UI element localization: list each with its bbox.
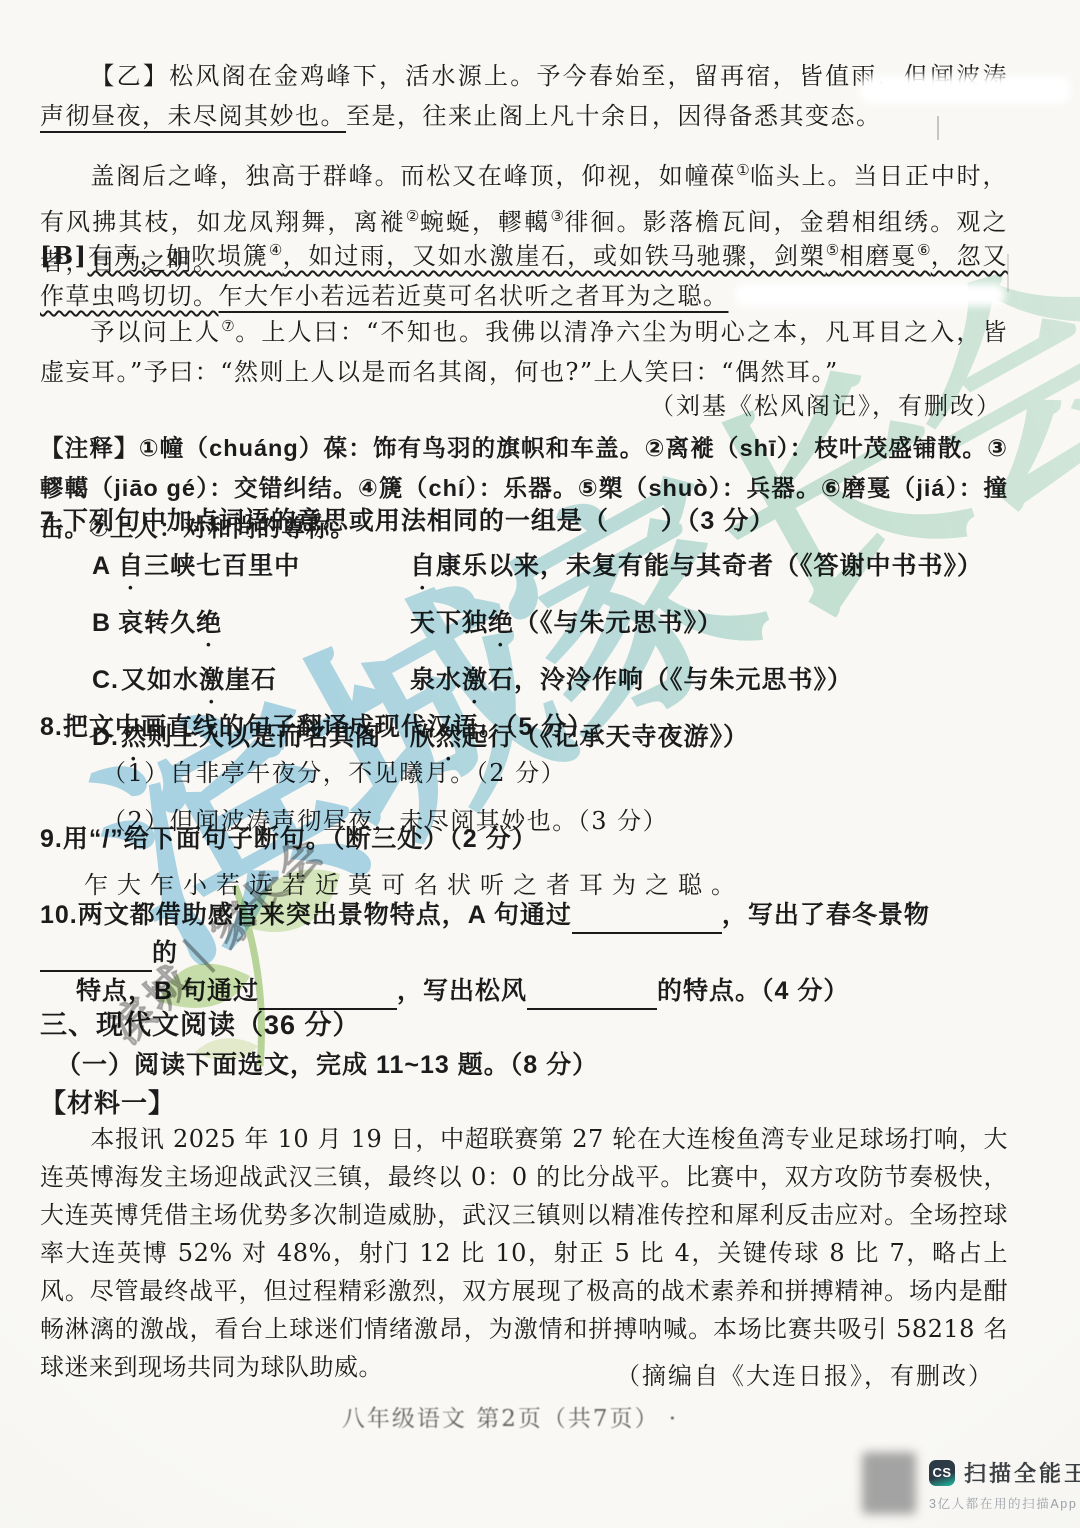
option-c-right: 泉水激石，泠泠作响（《与朱元思书》） [410, 665, 853, 709]
option-b-row: B哀转久绝 天下独绝（《与朱元思书》） [92, 608, 1008, 652]
option-c-left-post: 崖石 [225, 666, 277, 694]
option-b-right-pre: 天下独 [410, 609, 488, 637]
option-c-right-emphasis: 激 [462, 666, 488, 694]
option-c-left-emphasis: 激 [199, 666, 225, 694]
option-c-right-pre: 泉水 [410, 666, 462, 694]
answer-blank-2 [40, 946, 152, 972]
option-c-left-pre: 又如水 [121, 666, 199, 694]
scanned-exam-page: 【乙】松风阁在金鸡峰下，活水源上。予今春始至，留再宿，皆值雨，但闻波涛声彻昼夜，… [0, 0, 1080, 1528]
question-8-item-1: （1）自非亭午夜分，不见曦月。（2 分） [102, 756, 1008, 790]
question-10-text-6: 的特点。（4 分） [657, 977, 849, 1005]
blurred-watermark-box [862, 1452, 916, 1514]
passage-yi-text-2: 至是，往来止阁上凡十余日，因得备悉其变态。 [346, 102, 882, 130]
question-8: 8.把文中画直线的句子翻译成现代汉语。（5 分） （1）自非亭午夜分，不见曦月。… [40, 710, 1008, 838]
question-9: 9.用“/”给下面句子断句。（断三处）（2 分） 乍大乍小若远若近莫可名状听之者… [40, 822, 1008, 902]
section-3-title: 三、现代文阅读（36 分） [40, 1008, 1008, 1042]
note-ref-5: ⑤ [826, 241, 840, 259]
question-10-text-3: 的 [152, 939, 178, 967]
question-10-line-1: 10.两文都借助感官来突出景物特点，A 句通过，写出了春冬景物的 [40, 896, 1008, 972]
scan-line-artifact-2 [1007, 254, 1009, 292]
note-ref-4: ④ [269, 241, 283, 259]
sentence-b-seg1: 有声，如吹埙篪 [88, 242, 269, 270]
option-b-left-emphasis: 绝 [196, 609, 222, 637]
question-9-stem: 9.用“/”给下面句子断句。（断三处）（2 分） [40, 822, 1008, 856]
option-b-right-post: （《与朱元思书》） [514, 609, 723, 637]
question-10-text-1: 10.两文都借助感官来突出景物特点，A 句通过 [40, 901, 572, 929]
option-a-left-post: 三峡七百里中 [144, 552, 300, 580]
passage-yi-text: 【乙】松风阁在金鸡峰下，活水源上。予今春始至，留再宿，皆值雨， [90, 62, 903, 90]
attribution-dalian-daily: （摘编自《大连日报》，有删改） [40, 1356, 1008, 1391]
scan-line-artifact [937, 116, 939, 140]
note-ref-6: ⑥ [917, 241, 931, 259]
note-ref-7: ⑦ [221, 317, 235, 335]
question-10-text-2: ，写出了春冬景物 [722, 901, 930, 929]
option-b-right-emphasis: 绝 [488, 609, 514, 637]
material-1-label: 【材料一】 [40, 1086, 1008, 1120]
answer-blank-4 [527, 984, 657, 1010]
question-10-text-5: ，写出松风 [397, 977, 527, 1005]
question-10: 10.两文都借助感官来突出景物特点，A 句通过，写出了春冬景物的 特点，B 句通… [40, 896, 1008, 1010]
news-article: 本报讯 2025 年 10 月 19 日，中超联赛第 27 轮在大连梭鱼湾专业足… [40, 1120, 1008, 1386]
cs-logo-icon: CS [929, 1460, 955, 1486]
passage-wen: 予以问上人⑦。上人曰：“不知也。我佛以清净六尘为明心之本，凡耳目之入，皆虚妄耳。… [40, 306, 1008, 392]
answer-blank-1 [572, 908, 722, 934]
question-7-stem: 7.下列句中加点词语的意思或用法相同的一组是（ ）（3 分） [40, 504, 1008, 538]
note-ref-3: ③ [550, 207, 564, 225]
option-c-row: C.又如水激崖石 泉水激石，泠泠作响（《与朱元思书》） [92, 665, 1008, 709]
note-ref-1: ① [736, 161, 750, 179]
passage-wen-seg1: 予以问上人 [90, 318, 221, 346]
camscanner-subtitle: 3亿人都在用的扫描App [929, 1494, 1080, 1512]
option-a-left-emphasis: 自 [118, 552, 144, 580]
option-a-right: 自康乐以来，未复有能与其奇者（《答谢中书书》） [410, 551, 983, 595]
scan-white-streak [860, 76, 1070, 104]
answer-blank-3 [259, 984, 397, 1010]
note-ref-2: ② [406, 207, 420, 225]
option-a-right-post: 康乐以来，未复有能与其奇者（《答谢中书书》） [436, 552, 983, 580]
attribution-liuji: （刘基《松风阁记》，有删改） [40, 386, 1008, 421]
question-10-text-4: 特点，B 句通过 [76, 977, 259, 1005]
option-c-right-post: 石，泠泠作响（《与朱元思书》） [488, 666, 853, 694]
camscanner-title: 扫描全能王 [964, 1457, 1080, 1488]
option-a-row: A自三峡七百里中 自康乐以来，未复有能与其奇者（《答谢中书书》） [92, 551, 1008, 595]
scan-white-streak-2 [735, 284, 1005, 306]
sentence-b-seg2: ，如过雨，又如水激崖石，或如铁马驰骤，剑槊 [283, 242, 826, 270]
passage-ge-seg1: 盖阁后之峰，独高于群峰。而松又在峰顶，仰视，如幢葆 [90, 162, 736, 190]
option-b-left-pre: 哀转久 [118, 609, 196, 637]
option-c-left: C.又如水激崖石 [92, 665, 410, 709]
option-a-left: A自三峡七百里中 [92, 551, 410, 595]
option-b-right: 天下独绝（《与朱元思书》） [410, 608, 723, 652]
question-8-stem: 8.把文中画直线的句子翻译成现代汉语。（5 分） [40, 710, 1008, 744]
page-footer: 八年级语文 第2页（共7页） · [0, 1404, 1020, 1428]
sentence-b-seg3: 相磨戛 [839, 242, 917, 270]
question-10-line-2: 特点，B 句通过，写出松风的特点。（4 分） [76, 972, 1008, 1010]
option-b-label: B [92, 609, 111, 637]
option-b-left: B哀转久绝 [92, 608, 410, 652]
sentence-b-label: [B] [40, 241, 88, 270]
option-a-right-emphasis: 自 [410, 552, 436, 580]
option-c-label: C. [92, 666, 119, 694]
section-3-subtitle: （一）阅读下面选文，完成 11~13 题。（8 分） [40, 1048, 1008, 1082]
camscanner-badge: CS 扫描全能王 3亿人都在用的扫描App [929, 1457, 1080, 1512]
option-a-label: A [92, 552, 111, 580]
camscanner-badge-top: CS 扫描全能王 [929, 1457, 1080, 1488]
